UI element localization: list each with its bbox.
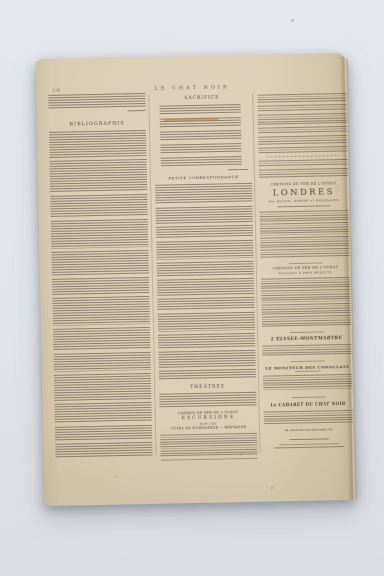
correspondence-heading: PETITE CORRESPONDANCE	[155, 175, 252, 182]
illegible-text	[159, 368, 256, 380]
illegible-text	[262, 343, 351, 355]
illegible-listing	[259, 168, 348, 178]
illegible-text	[260, 236, 349, 248]
poem-stanza	[160, 130, 242, 142]
illegible-text	[158, 332, 255, 348]
excursion-ad-destinations: CÔTES DE NORMANDIE — BRETAGNE	[160, 426, 257, 432]
moniteur-heading: LE MONITEUR DES CONSULATS	[263, 364, 352, 370]
illegible-text	[155, 183, 252, 205]
section-separator	[291, 397, 325, 399]
illegible-listing	[258, 146, 347, 154]
illegible-text	[51, 219, 149, 249]
heading-underline	[294, 371, 320, 373]
illegible-text	[260, 222, 349, 236]
illegible-text	[55, 425, 152, 441]
illegible-text	[53, 352, 150, 372]
imprint-rule	[279, 443, 339, 445]
illegible-text	[264, 410, 353, 426]
background-speck	[291, 19, 294, 22]
newspaper-photo: 174 LE CHAT NOIR BIBLIOGRAPHIE SACRI	[36, 53, 357, 506]
illegible-text	[156, 206, 253, 224]
poem-stanza	[160, 143, 242, 155]
illegible-schedule	[160, 432, 257, 457]
illegible-listing	[258, 113, 347, 125]
illegible-text	[55, 442, 152, 458]
newspaper-page: 174 LE CHAT NOIR BIBLIOGRAPHIE SACRI	[36, 53, 357, 506]
illegible-text	[159, 392, 256, 408]
illegible-text	[52, 296, 150, 326]
foxing-spot	[114, 476, 117, 478]
illegible-text	[54, 373, 152, 401]
illegible-text	[53, 327, 150, 351]
poem-heading: SACRIFICE	[153, 95, 250, 102]
illegible-text	[262, 315, 351, 327]
illegible-text	[260, 210, 349, 222]
illegible-signature	[228, 169, 248, 171]
cabaret-address: 84, Boulevard Rochechouart, 84	[264, 428, 353, 433]
elysee-heading: L'ÉLYSÉE-MONTMARTRE	[262, 336, 351, 343]
illegible-text	[158, 349, 255, 367]
foxing-spot	[270, 486, 274, 489]
illegible-signature	[128, 110, 146, 112]
illegible-listing	[257, 93, 346, 103]
poem-stanza	[160, 156, 242, 168]
illegible-text	[157, 296, 254, 310]
illegible-text	[156, 240, 253, 260]
theatres-heading: THÉÂTRES	[159, 383, 256, 390]
bibliography-heading: BIBLIOGRAPHIE	[49, 121, 146, 128]
illegible-text	[52, 277, 149, 295]
illegible-text	[262, 303, 351, 315]
illegible-text	[277, 205, 330, 208]
illegible-text	[157, 260, 254, 276]
section-separator	[288, 263, 322, 265]
illegible-text	[50, 159, 148, 193]
bottom-rule	[161, 457, 258, 460]
illegible-text	[156, 225, 253, 239]
railway-ad-2-subtitle: VOYAGES À PRIX RÉDUITS	[261, 271, 350, 276]
illegible-text	[157, 277, 254, 295]
illegible-text	[54, 402, 151, 424]
column-middle: SACRIFICE PETITE CORRESPONDANCE THÉÂTRES…	[153, 91, 257, 461]
illegible-text	[261, 277, 350, 289]
illegible-text	[263, 374, 352, 392]
illegible-text	[158, 311, 255, 331]
illegible-text	[48, 93, 145, 110]
railway-ad-london-subtitle: Par ROUEN, DIEPPE et NEWHAVEN	[259, 199, 348, 204]
illegible-imprint	[274, 446, 344, 449]
illegible-text	[260, 248, 349, 258]
cabaret-heading: Le CABARET DU CHAT NOIR	[264, 402, 353, 409]
poem-stanza	[159, 104, 241, 116]
illegible-listing	[258, 104, 347, 112]
illegible-gerant-line	[289, 439, 329, 442]
illegible-text	[49, 130, 147, 158]
illegible-text	[50, 194, 147, 218]
illegible-listing	[258, 135, 347, 145]
dotted-separator	[267, 155, 340, 157]
section-separator	[290, 360, 324, 362]
column-right: CHEMINS DE FER DE L'OUEST LONDRES Par RO…	[257, 89, 353, 450]
column-left: BIBLIOGRAPHIE	[48, 93, 152, 458]
section-separator	[290, 332, 324, 334]
illegible-listing	[259, 159, 348, 167]
illegible-text	[51, 250, 148, 276]
railway-ad-kicker: CHEMINS DE FER DE L'OUEST	[259, 182, 348, 188]
illegible-listing	[258, 126, 347, 134]
illegible-text	[261, 289, 350, 303]
